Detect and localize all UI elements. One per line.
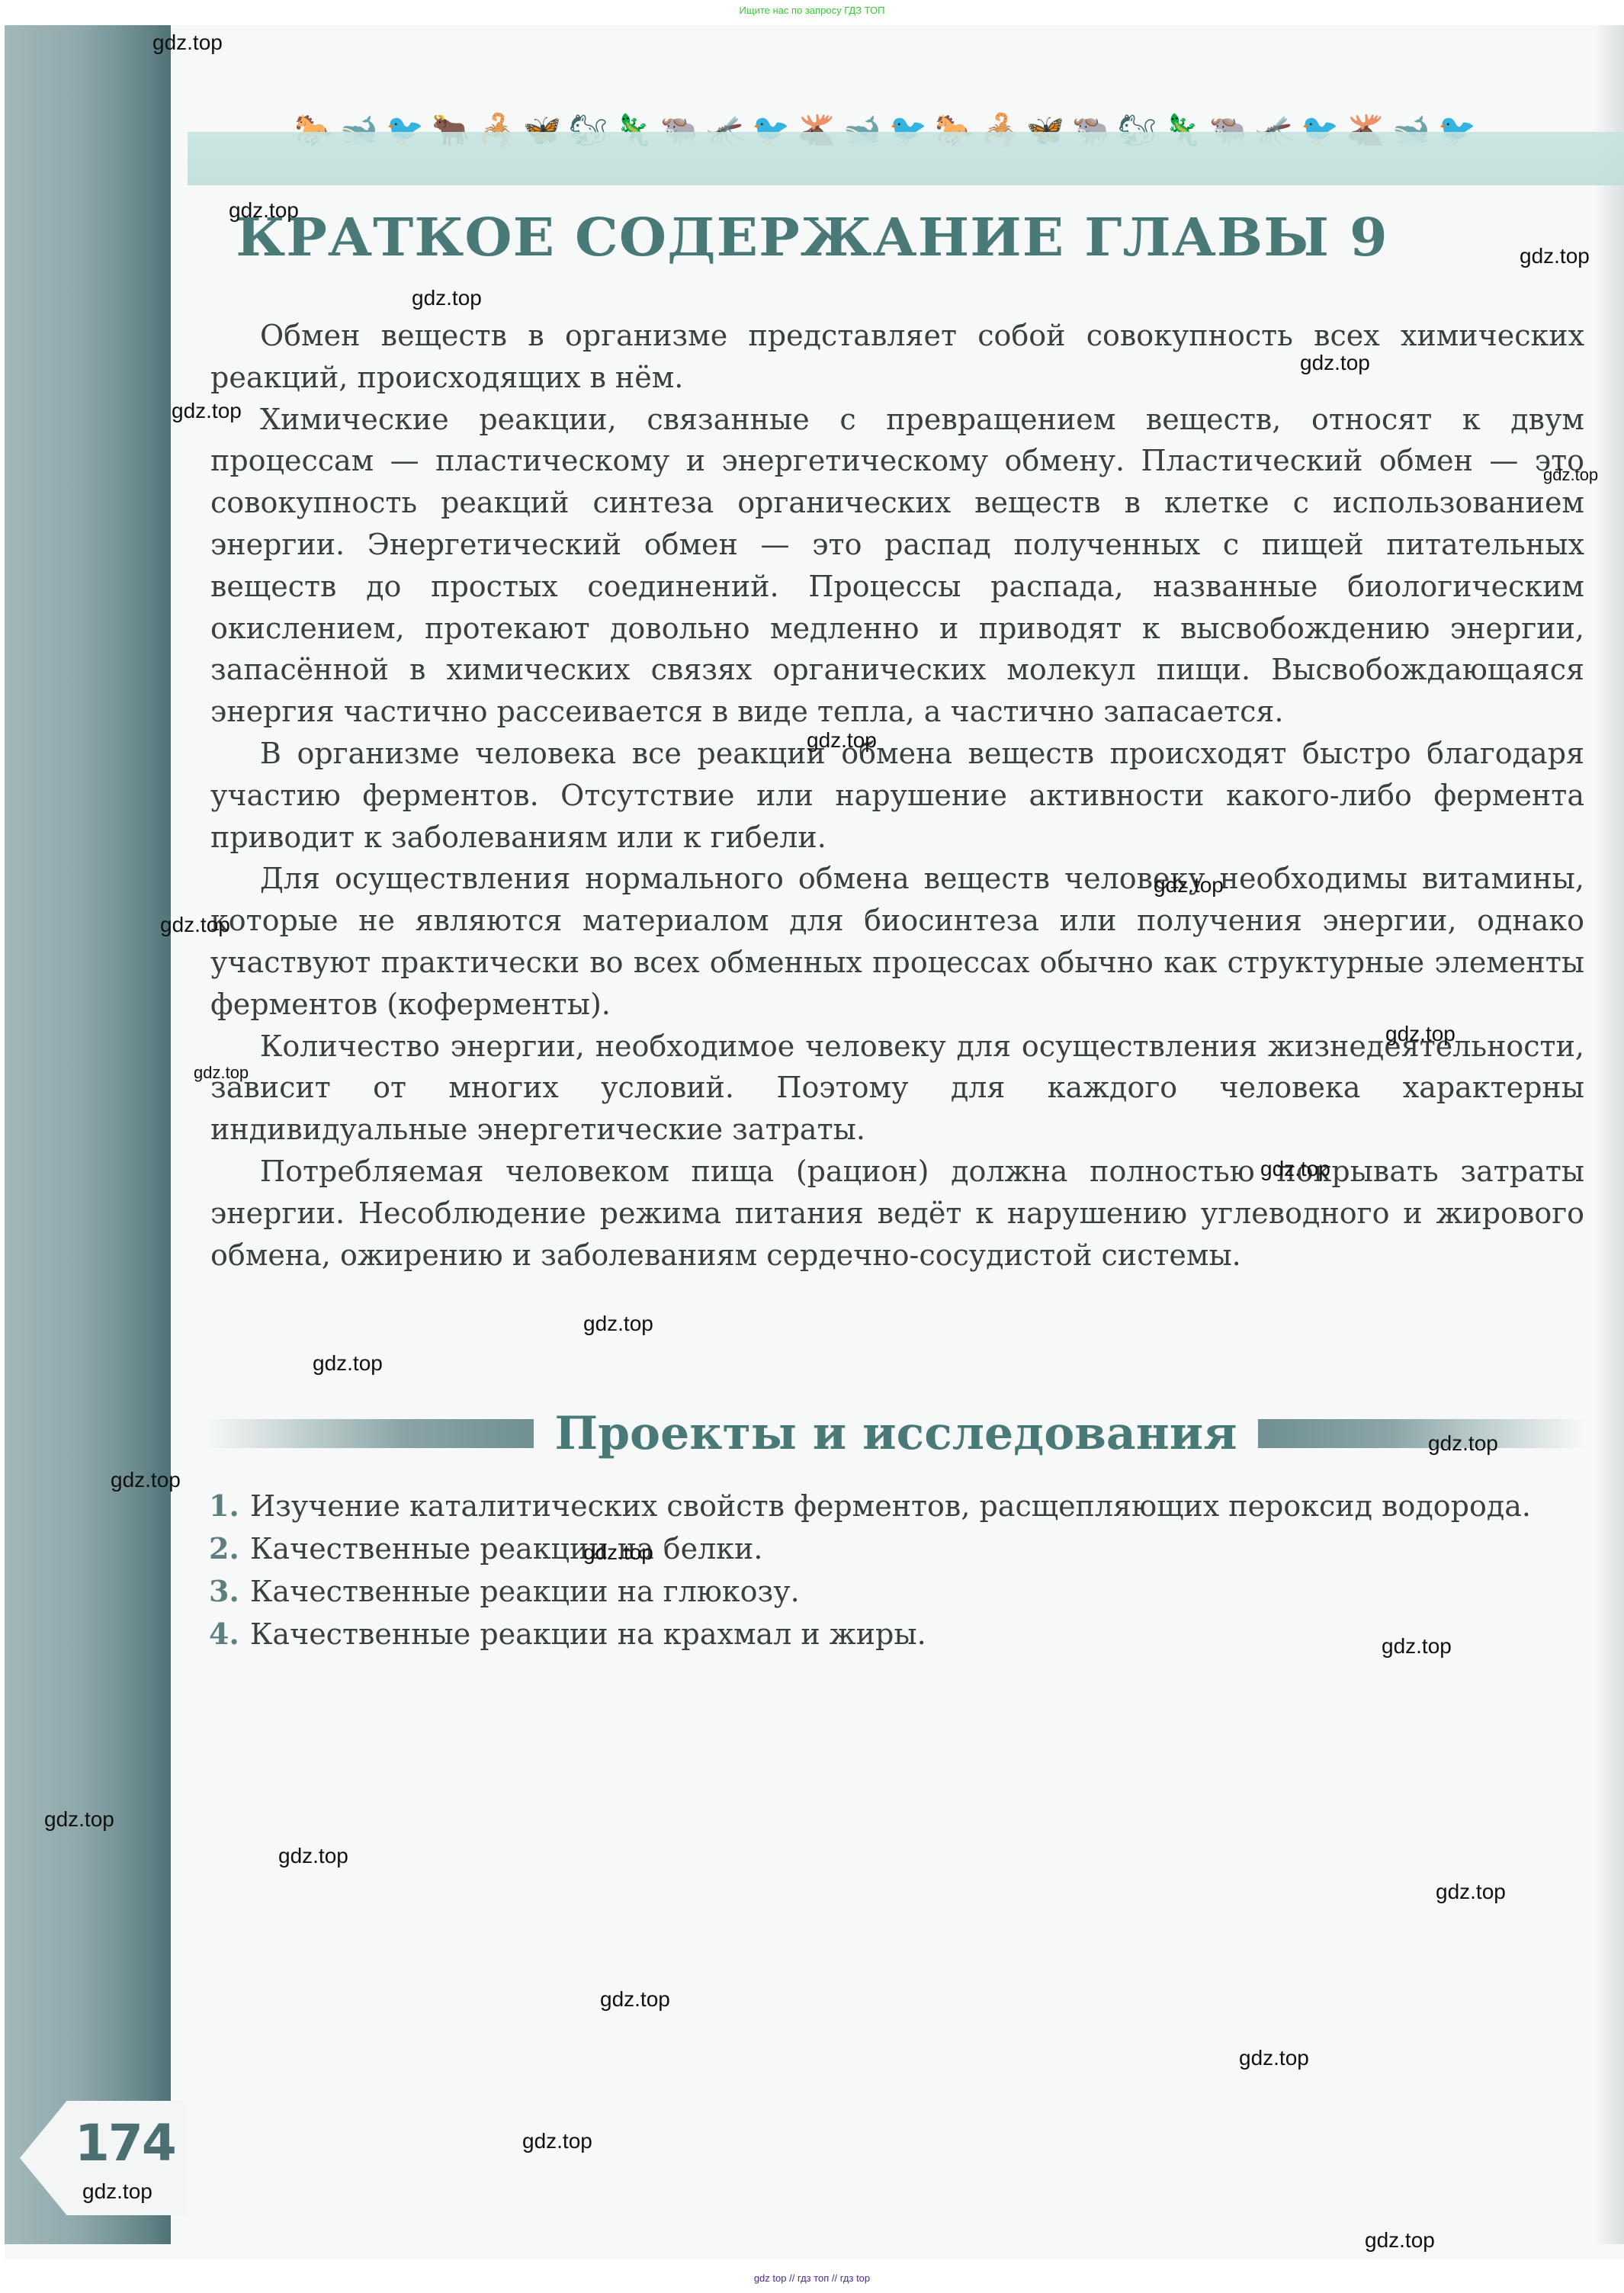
project-number: 2. — [209, 1527, 250, 1570]
project-item: 4. Качественные реакции на крахмал и жир… — [209, 1613, 1585, 1656]
watermark: gdz.top — [583, 1540, 653, 1565]
watermark: gdz.top — [1154, 873, 1224, 898]
page-gutter-shadow — [1594, 25, 1624, 2244]
watermark: gdz.top — [522, 2129, 592, 2153]
project-number: 1. — [209, 1485, 250, 1527]
watermark: gdz.top — [111, 1468, 181, 1492]
watermark: gdz.top — [1385, 1022, 1456, 1046]
watermark: gdz.top — [1520, 244, 1590, 268]
watermark: gdz.top — [1365, 2228, 1435, 2253]
project-number: 3. — [209, 1570, 250, 1613]
project-text: Изучение каталитических свойств ферменто… — [250, 1485, 1585, 1527]
watermark: gdz.top — [152, 31, 223, 55]
watermark: gdz.top — [160, 913, 230, 937]
watermark: gdz.top — [807, 728, 877, 753]
project-item: 3. Качественные реакции на глюкозу. — [209, 1570, 1585, 1613]
header-band — [188, 132, 1624, 185]
page-sidebar — [5, 25, 171, 2244]
watermark: gdz.top — [1260, 1157, 1330, 1181]
projects-list: 1. Изучение каталитических свойств ферме… — [209, 1485, 1585, 1656]
watermark: gdz.top — [82, 2179, 152, 2204]
footer-banner: gdz top // гдз топ // гдз top — [0, 2272, 1624, 2284]
watermark: gdz.top — [1436, 1880, 1506, 1904]
watermark: gdz.top — [194, 1063, 249, 1083]
watermark: gdz.top — [412, 286, 482, 310]
watermark: gdz.top — [583, 1312, 653, 1336]
summary-paragraph: Количество энергии, необходимое человеку… — [210, 1026, 1584, 1151]
summary-paragraph: Химические реакции, связанные с превраще… — [210, 399, 1584, 733]
project-item: 2. Качественные реакции на белки. — [209, 1527, 1585, 1570]
watermark: gdz.top — [44, 1807, 114, 1832]
summary-paragraph: Потребляемая человеком пища (рацион) дол… — [210, 1151, 1584, 1276]
watermark: gdz.top — [229, 198, 299, 223]
watermark: gdz.top — [1382, 1634, 1452, 1659]
projects-heading-bar: Проекты и исследования — [206, 1403, 1586, 1464]
watermark: gdz.top — [278, 1844, 348, 1868]
chapter-summary: Обмен веществ в организме представляет с… — [210, 315, 1584, 1276]
watermark: gdz.top — [1428, 1431, 1498, 1456]
summary-paragraph: В организме человека все реакции обмена … — [210, 733, 1584, 858]
watermark: gdz.top — [600, 1987, 670, 2012]
heading-stripe-left — [206, 1419, 534, 1448]
project-item: 1. Изучение каталитических свойств ферме… — [209, 1485, 1585, 1527]
summary-paragraph: Обмен веществ в организме представляет с… — [210, 315, 1584, 399]
project-number: 4. — [209, 1613, 250, 1656]
watermark: gdz.top — [1300, 351, 1370, 375]
summary-paragraph: Для осуществления нормального обмена вещ… — [210, 858, 1584, 1025]
watermark: gdz.top — [1239, 2046, 1309, 2070]
page-number: 174 — [75, 2114, 175, 2173]
top-banner: Ищите нас по запросу ГДЗ ТОП — [0, 0, 1624, 21]
watermark: gdz.top — [1543, 465, 1598, 485]
project-text: Качественные реакции на белки. — [250, 1527, 1585, 1570]
projects-heading: Проекты и исследования — [554, 1407, 1237, 1460]
watermark: gdz.top — [172, 399, 242, 423]
watermark: gdz.top — [313, 1351, 383, 1376]
heading-stripe-right — [1258, 1419, 1586, 1448]
project-text: Качественные реакции на глюкозу. — [250, 1570, 1585, 1613]
